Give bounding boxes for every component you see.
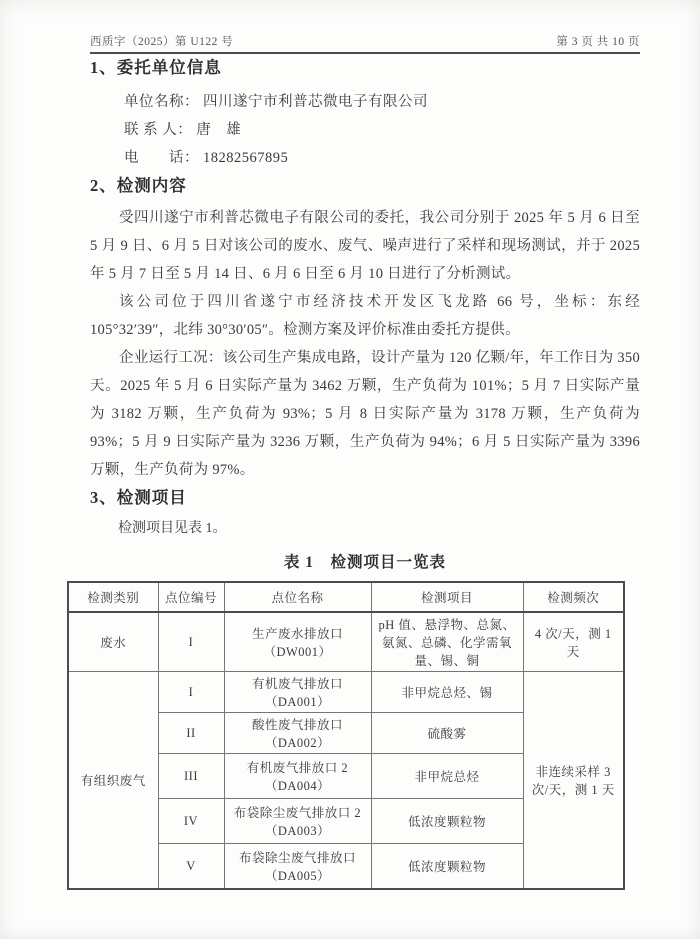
monitoring-items: 硫酸雾 — [371, 713, 523, 754]
point-no: II — [158, 713, 224, 754]
monitoring-items-table: 检测类别 点位编号 点位名称 检测项目 检测频次 废水 I 生产废水排放口 （D… — [67, 581, 625, 890]
monitoring-items: 非甲烷总烃 — [371, 754, 523, 799]
col-header-frequency: 检测频次 — [523, 582, 624, 612]
page-header: 西质字（2025）第 U122 号 第 3 页 共 10 页 — [90, 33, 640, 54]
field-company-name-value: 四川遂宁市利普芯微电子有限公司 — [203, 94, 428, 110]
field-company-name: 单位名称：四川遂宁市利普芯微电子有限公司 — [124, 88, 640, 116]
field-phone-value: 18282567895 — [203, 150, 288, 166]
doc-number: 西质字（2025）第 U122 号 — [90, 33, 233, 49]
point-no: IV — [158, 799, 224, 844]
frequency-wastewater: 4 次/天，测 1 天 — [523, 612, 624, 672]
monitoring-items: 非甲烷总烃、锡 — [371, 672, 523, 713]
point-name: 生产废水排放口 （DW001） — [224, 612, 371, 672]
field-contact-person-value: 唐 雄 — [196, 122, 241, 138]
col-header-point-no: 点位编号 — [158, 582, 224, 612]
point-name: 酸性废气排放口（DA002） — [224, 713, 371, 754]
table-row: 有组织废气 I 有机废气排放口（DA001） 非甲烷总烃、锡 非连续采样 3 次… — [68, 672, 624, 713]
monitoring-items: 低浓度颗粒物 — [371, 844, 523, 890]
col-header-category: 检测类别 — [68, 582, 158, 612]
monitoring-items: 低浓度颗粒物 — [371, 799, 523, 844]
field-contact-person: 联 系 人：唐 雄 — [124, 116, 640, 144]
field-contact-person-label: 联 系 人： — [124, 122, 192, 138]
point-no: I — [158, 672, 224, 713]
point-name: 布袋除尘废气排放口 （DA005） — [224, 844, 371, 890]
table-title: 表 1 检测项目一览表 — [90, 550, 640, 572]
field-company-name-label: 单位名称： — [124, 94, 199, 110]
point-no: I — [158, 612, 224, 672]
section1-heading: 1、委托单位信息 — [90, 54, 640, 78]
point-name: 有机废气排放口（DA001） — [224, 672, 371, 713]
client-info-fields: 单位名称：四川遂宁市利普芯微电子有限公司 联 系 人：唐 雄 电 话：18282… — [124, 88, 640, 172]
field-phone-label: 电 话： — [124, 150, 199, 166]
section2-paragraphs: 受四川遂宁市利普芯微电子有限公司的委托，我公司分别于 2025 年 5 月 6 … — [90, 204, 640, 484]
paragraph-location: 该公司位于四川省遂宁市经济技术开发区飞龙路 66 号，坐标：东经 105°32′… — [90, 288, 640, 344]
table-row: 废水 I 生产废水排放口 （DW001） pH 值、悬浮物、总氮、氨氮、总磷、化… — [68, 612, 624, 672]
monitoring-items: pH 值、悬浮物、总氮、氨氮、总磷、化学需氧量、锡、铜 — [371, 612, 523, 672]
paragraph-commission: 受四川遂宁市利普芯微电子有限公司的委托，我公司分别于 2025 年 5 月 6 … — [90, 204, 640, 288]
category-organized-gas: 有组织废气 — [68, 672, 158, 890]
table-header-row: 检测类别 点位编号 点位名称 检测项目 检测频次 — [68, 582, 624, 612]
section3-intro: 检测项目见表 1。 — [90, 516, 640, 542]
point-no: III — [158, 754, 224, 799]
point-name: 有机废气排放口 2 （DA004） — [224, 754, 371, 799]
frequency-organized-gas: 非连续采样 3 次/天，测 1 天 — [523, 672, 624, 890]
document-page: 西质字（2025）第 U122 号 第 3 页 共 10 页 1、委托单位信息 … — [0, 0, 700, 939]
page-indicator: 第 3 页 共 10 页 — [556, 33, 640, 49]
paragraph-operation: 企业运行工况：该公司生产集成电路，设计产量为 120 亿颗/年，年工作日为 35… — [90, 344, 640, 484]
section3-heading: 3、检测项目 — [90, 484, 640, 508]
category-wastewater: 废水 — [68, 612, 158, 672]
col-header-items: 检测项目 — [371, 582, 523, 612]
point-no: V — [158, 844, 224, 890]
section2-heading: 2、检测内容 — [90, 172, 640, 196]
point-name: 布袋除尘废气排放口 2 （DA003） — [224, 799, 371, 844]
col-header-point-name: 点位名称 — [224, 582, 371, 612]
field-phone: 电 话：18282567895 — [124, 144, 640, 172]
